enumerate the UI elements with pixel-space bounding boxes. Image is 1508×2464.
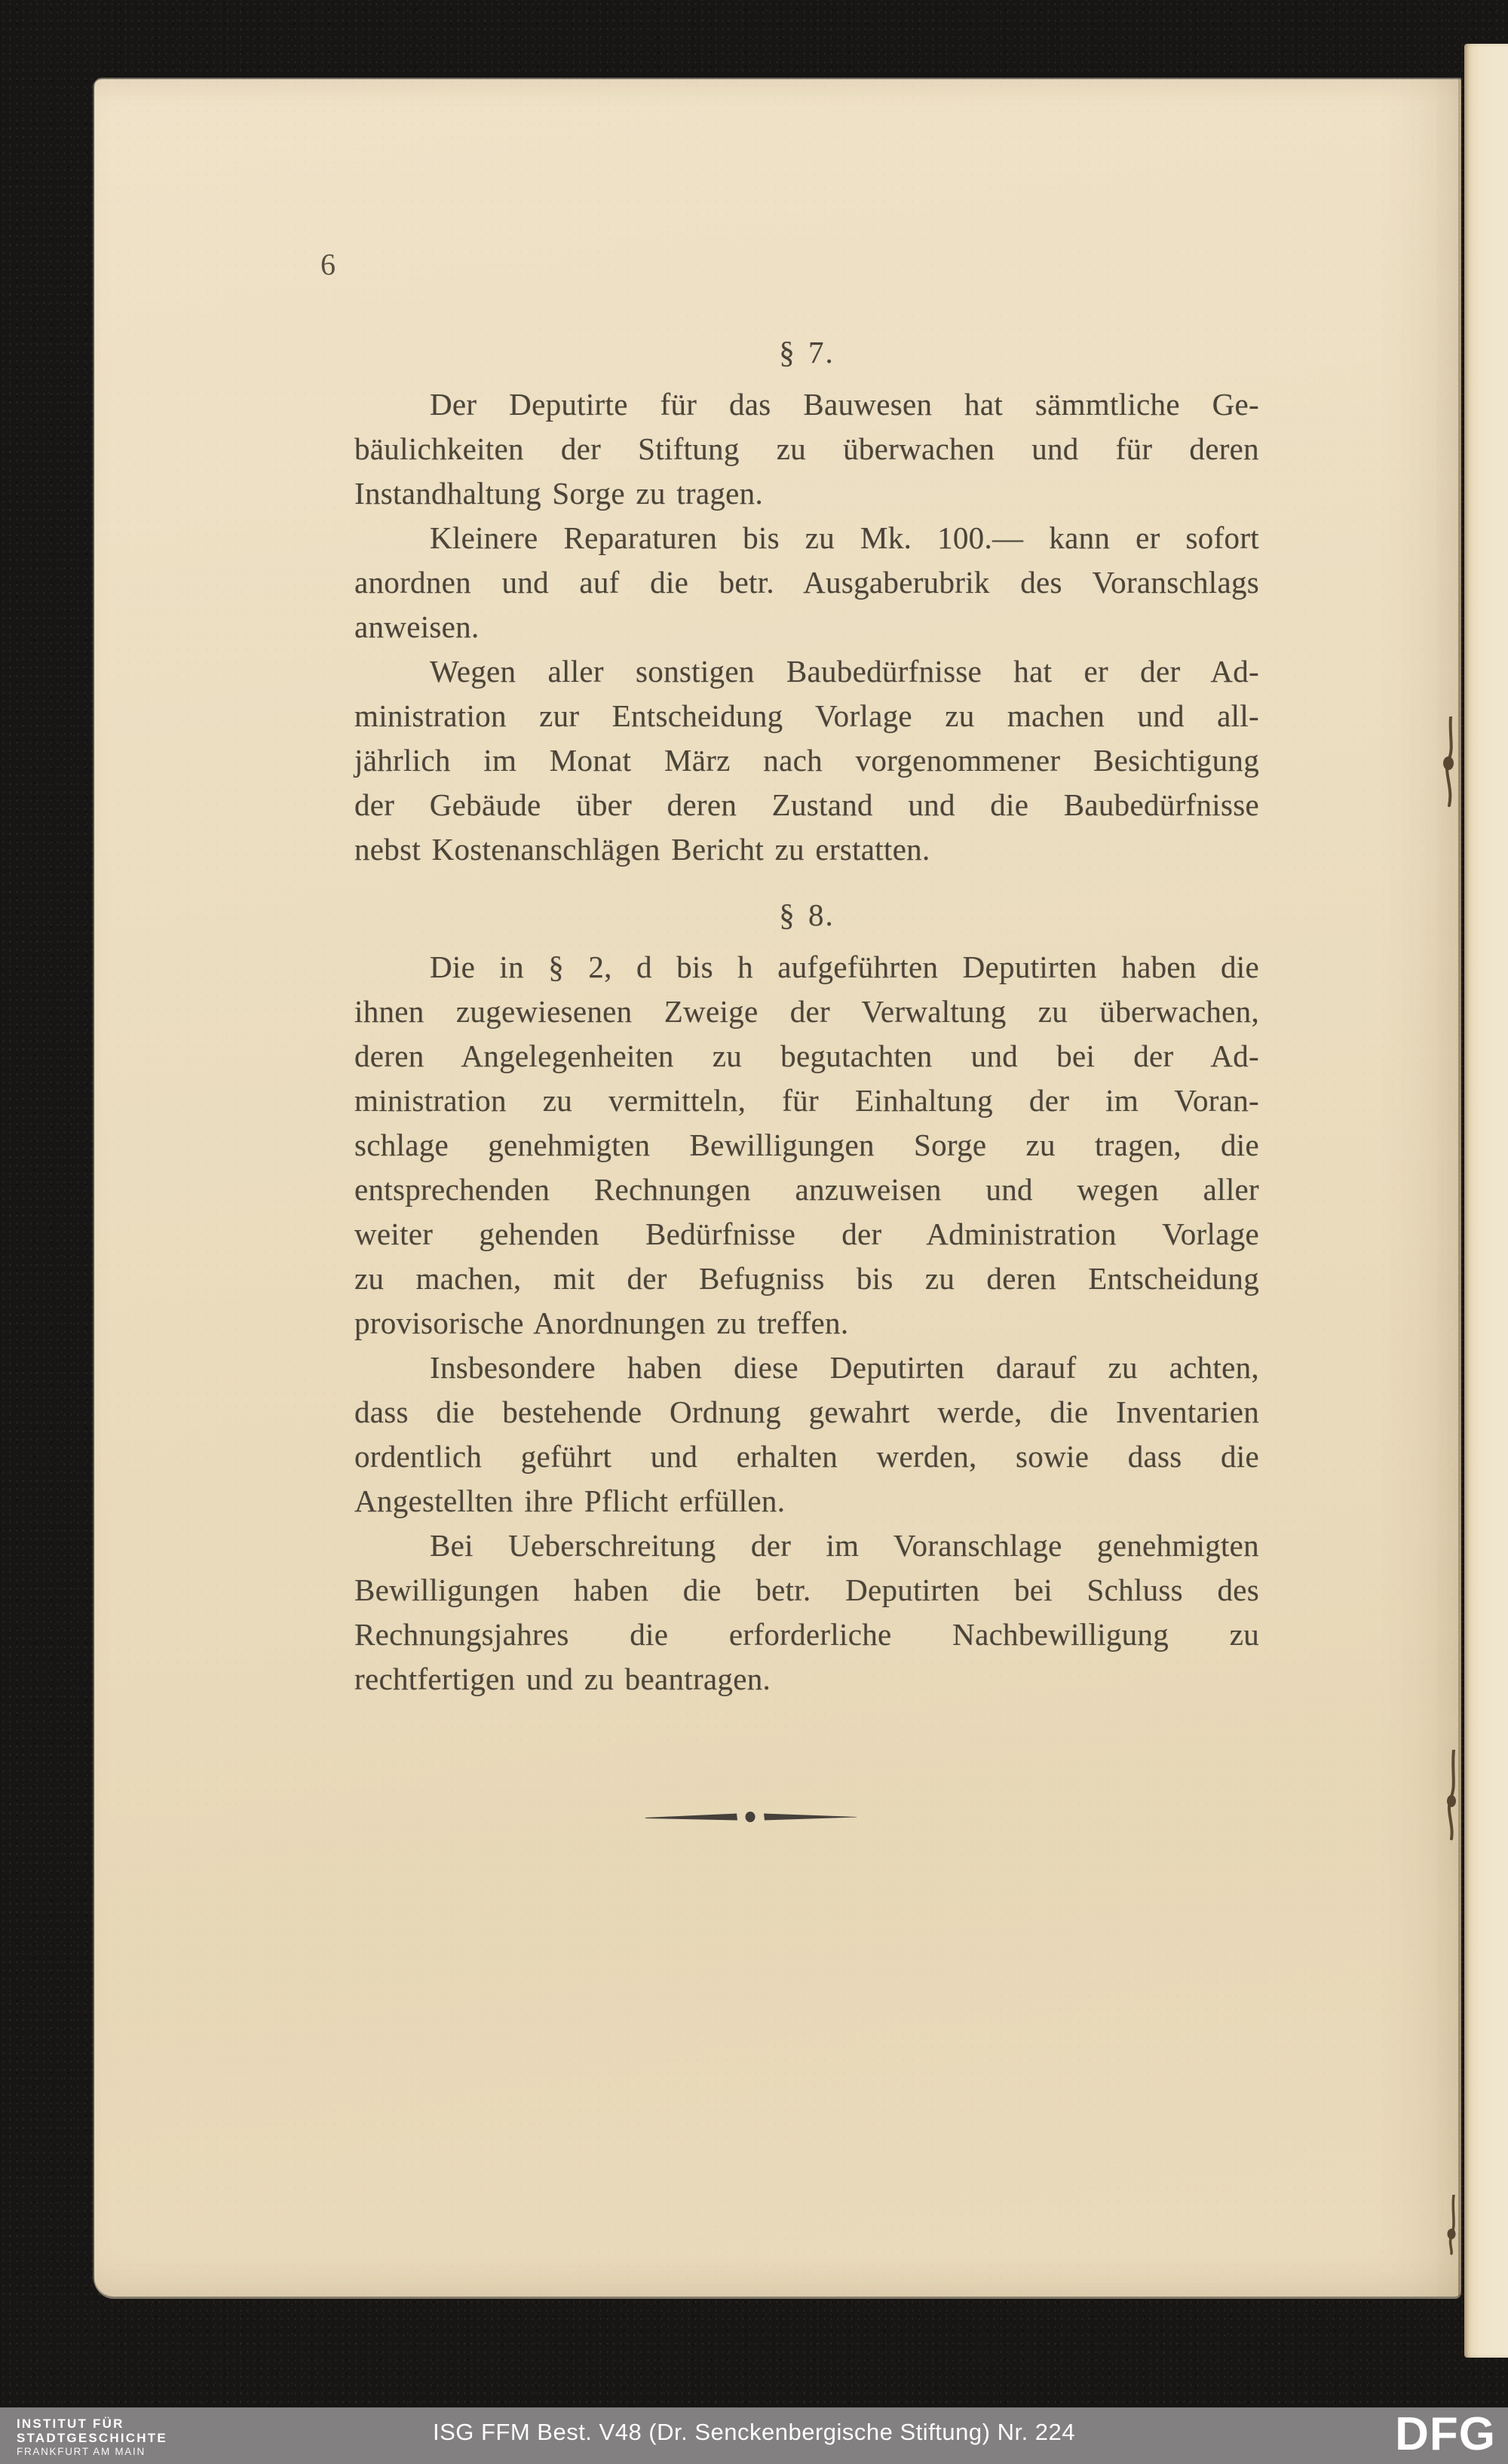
paragraph: Bei Ueberschreitung der im Voranschlage …	[354, 1524, 1259, 1701]
section-heading: § 8.	[354, 893, 1259, 937]
paragraph: Insbesondere haben diese Deputirten dara…	[354, 1346, 1259, 1524]
paragraph-line: schlage genehmigten Bewilligungen Sorge …	[354, 1123, 1259, 1168]
paragraph-line: Der Deputirte für das Bauwesen hat sämmt…	[354, 382, 1259, 427]
paragraph-line: weiter gehenden Bedürfnisse der Administ…	[354, 1212, 1259, 1257]
archive-reference-caption: ISG FFM Best. V48 (Dr. Senckenbergische …	[0, 2419, 1508, 2446]
paragraph-line: anweisen.	[354, 605, 1259, 649]
section-heading: § 7.	[354, 330, 1259, 375]
binding-thread	[1442, 2195, 1464, 2255]
paragraph-line: ministration zu vermitteln, für Einhaltu…	[354, 1079, 1259, 1123]
paragraph-line: der Gebäude über deren Zustand und die B…	[354, 783, 1259, 827]
paragraph: Wegen aller sonstigen Baubedürfnisse hat…	[354, 649, 1259, 872]
section-divider-ornament	[645, 1810, 857, 1825]
institute-logo-line3: FRANKFURT AM MAIN	[17, 2445, 167, 2458]
paragraph-line: Bei Ueberschreitung der im Voranschlage …	[354, 1524, 1259, 1568]
dfg-logo: DFG	[1395, 2411, 1496, 2458]
paragraph-line: Angestellten ihre Pflicht erfüllen.	[354, 1479, 1259, 1524]
paragraph-line: Wegen aller sonstigen Baubedürfnisse hat…	[354, 649, 1259, 694]
paragraph: Die in § 2, d bis h aufgeführten Deputir…	[354, 945, 1259, 1346]
paragraph-line: anordnen und auf die betr. Ausgaberubrik…	[354, 560, 1259, 605]
paragraph-line: Insbesondere haben diese Deputirten dara…	[354, 1346, 1259, 1390]
paragraph-line: rechtfertigen und zu beantragen.	[354, 1657, 1259, 1701]
adjacent-page-edge	[1464, 44, 1508, 2358]
paragraph-line: Bewilligungen haben die betr. Deputirten…	[354, 1568, 1259, 1612]
binding-thread	[1439, 716, 1464, 807]
paragraph: Der Deputirte für das Bauwesen hat sämmt…	[354, 382, 1259, 516]
paragraph-line: ihnen zugewiesenen Zweige der Verwaltung…	[354, 990, 1259, 1034]
page-number: 6	[320, 248, 336, 281]
paragraph-line: Die in § 2, d bis h aufgeführten Deputir…	[354, 945, 1259, 990]
paragraph-line: entsprechenden Rechnungen anzuweisen und…	[354, 1168, 1259, 1212]
paragraph-line: provisorische Anordnungen zu treffen.	[354, 1301, 1259, 1346]
scanned-page: 6 § 7.Der Deputirte für das Bauwesen hat…	[94, 79, 1461, 2297]
binding-thread	[1440, 1750, 1466, 1840]
paragraph-line: Kleinere Reparaturen bis zu Mk. 100.— ka…	[354, 516, 1259, 560]
paragraph-line: ministration zur Entscheidung Vorlage zu…	[354, 694, 1259, 738]
paragraph: Kleinere Reparaturen bis zu Mk. 100.— ka…	[354, 516, 1259, 649]
paragraph-line: dass die bestehende Ordnung gewahrt werd…	[354, 1390, 1259, 1435]
paragraph-line: nebst Kostenanschlägen Bericht zu erstat…	[354, 827, 1259, 872]
archive-scan-viewer: { "document": { "page_number": "6", "sec…	[0, 0, 1508, 2464]
paragraph-line: bäulichkeiten der Stiftung zu überwachen…	[354, 427, 1259, 471]
paragraph-line: deren Angelegenheiten zu begutachten und…	[354, 1034, 1259, 1079]
footer-credit-bar: INSTITUT FÜR STADTGESCHICHTE FRANKFURT A…	[0, 2407, 1508, 2464]
paragraph-line: Rechnungsjahres die erforderliche Nachbe…	[354, 1612, 1259, 1657]
paragraph-line: jährlich im Monat März nach vorgenommene…	[354, 738, 1259, 783]
page-text-column: § 7.Der Deputirte für das Bauwesen hat s…	[354, 330, 1259, 1701]
paragraph-line: zu machen, mit der Befugniss bis zu dere…	[354, 1257, 1259, 1301]
paragraph-line: ordentlich geführt und erhalten werden, …	[354, 1435, 1259, 1479]
paragraph-line: Instandhaltung Sorge zu tragen.	[354, 471, 1259, 516]
binding-crease	[1458, 79, 1461, 2297]
